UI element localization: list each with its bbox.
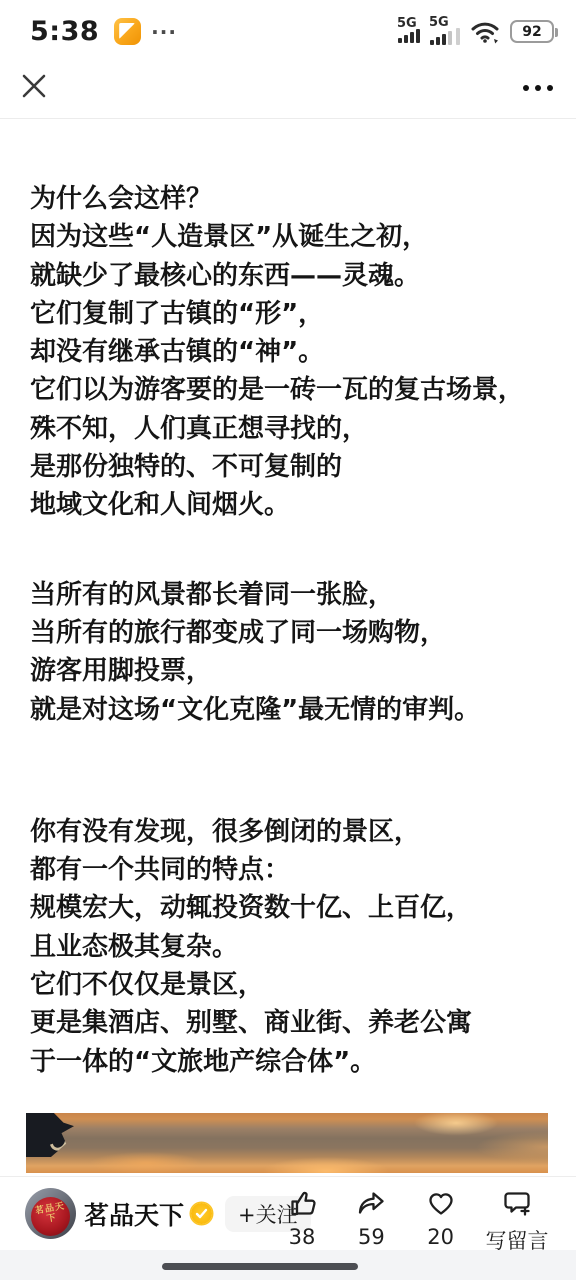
battery-icon: 92 <box>510 20 554 43</box>
comment-button[interactable]: 写留言 <box>484 1188 550 1255</box>
avatar[interactable]: 茗品天下 <box>25 1188 76 1239</box>
article-line: 它们以为游客要的是一砖一瓦的复古场景， <box>30 371 550 409</box>
sim1-label: 5G <box>397 16 417 31</box>
status-bar: 5:38 ··· 5G 5G 92 <box>0 0 576 57</box>
notification-dots: ··· <box>151 20 177 44</box>
battery-percent: 92 <box>522 24 541 40</box>
article-line: 你有没有发现，很多倒闭的景区， <box>30 813 550 851</box>
author-name[interactable]: 茗品天下 <box>84 1196 184 1232</box>
article-line: 地域文化和人间烟火。 <box>30 486 550 524</box>
comment-bubble-icon <box>502 1188 532 1222</box>
wifi-icon <box>470 20 500 44</box>
statue-silhouette <box>26 1113 74 1157</box>
article-paragraph: 当所有的风景都长着同一张脸， 当所有的旅行都变成了同一场购物， 游客用脚投票， … <box>30 576 550 729</box>
close-button[interactable] <box>16 70 52 106</box>
cellular-signal-1-icon: 5G <box>398 20 420 43</box>
article-line: 殊不知，人们真正想寻找的， <box>30 410 550 448</box>
nav-bar <box>0 57 576 119</box>
heart-icon <box>426 1188 456 1222</box>
status-indicators: 5G 5G 92 <box>398 19 554 45</box>
like-count: 38 <box>289 1225 316 1249</box>
article-line: 它们不仅仅是景区， <box>30 966 550 1004</box>
footer-bar: 茗品天下 茗品天下 +关注 38 <box>0 1176 576 1250</box>
article-paragraph: 为什么会这样？ 因为这些“人造景区”从诞生之初， 就缺少了最核心的东西——灵魂。… <box>30 180 550 525</box>
article-line: 就是对这场“文化克隆”最无情的审判。 <box>30 691 550 729</box>
article-line: 更是集酒店、别墅、商业街、养老公寓 <box>30 1004 550 1042</box>
favorite-count: 20 <box>427 1225 454 1249</box>
article-line: 当所有的风景都长着同一张脸， <box>30 576 550 614</box>
article-line: 因为这些“人造景区”从诞生之初， <box>30 218 550 256</box>
article-line: 是那份独特的、不可复制的 <box>30 448 550 486</box>
home-indicator[interactable] <box>162 1263 358 1270</box>
action-buttons: 38 59 20 <box>276 1188 550 1255</box>
more-dots-icon <box>523 85 553 91</box>
more-menu-button[interactable] <box>520 72 556 104</box>
article-line: 且业态极其复杂。 <box>30 928 550 966</box>
clock: 5:38 <box>30 16 99 47</box>
share-button[interactable]: 59 <box>345 1188 397 1255</box>
article-line: 游客用脚投票， <box>30 652 550 690</box>
thumbs-up-icon <box>287 1188 317 1222</box>
verified-badge-icon <box>191 1203 212 1224</box>
note-app-icon <box>114 18 141 45</box>
favorite-button[interactable]: 20 <box>415 1188 467 1255</box>
phone-screen: 5:38 ··· 5G 5G 92 <box>0 0 576 1280</box>
article-line: 规模宏大，动辄投资数十亿、上百亿， <box>30 889 550 927</box>
article-line: 都有一个共同的特点： <box>30 851 550 889</box>
home-strip <box>0 1250 576 1280</box>
sim2-label: 5G <box>429 15 449 30</box>
article-line: 它们复制了古镇的“形”， <box>30 295 550 333</box>
article-paragraph: 你有没有发现，很多倒闭的景区， 都有一个共同的特点： 规模宏大，动辄投资数十亿、… <box>30 813 550 1081</box>
share-arrow-icon <box>356 1188 386 1222</box>
article-body: 为什么会这样？ 因为这些“人造景区”从诞生之初， 就缺少了最核心的东西——灵魂。… <box>0 119 576 1173</box>
article-line: 却没有继承古镇的“神”。 <box>30 333 550 371</box>
article-line: 为什么会这样？ <box>30 180 550 218</box>
share-count: 59 <box>358 1225 385 1249</box>
article-line: 于一体的“文旅地产综合体”。 <box>30 1043 550 1081</box>
article-line: 就缺少了最核心的东西——灵魂。 <box>30 257 550 295</box>
close-icon <box>21 73 47 103</box>
sunset-clouds-photo[interactable] <box>26 1113 548 1173</box>
like-button[interactable]: 38 <box>276 1188 328 1255</box>
cellular-signal-2-icon: 5G <box>430 19 460 45</box>
article-line: 当所有的旅行都变成了同一场购物， <box>30 614 550 652</box>
